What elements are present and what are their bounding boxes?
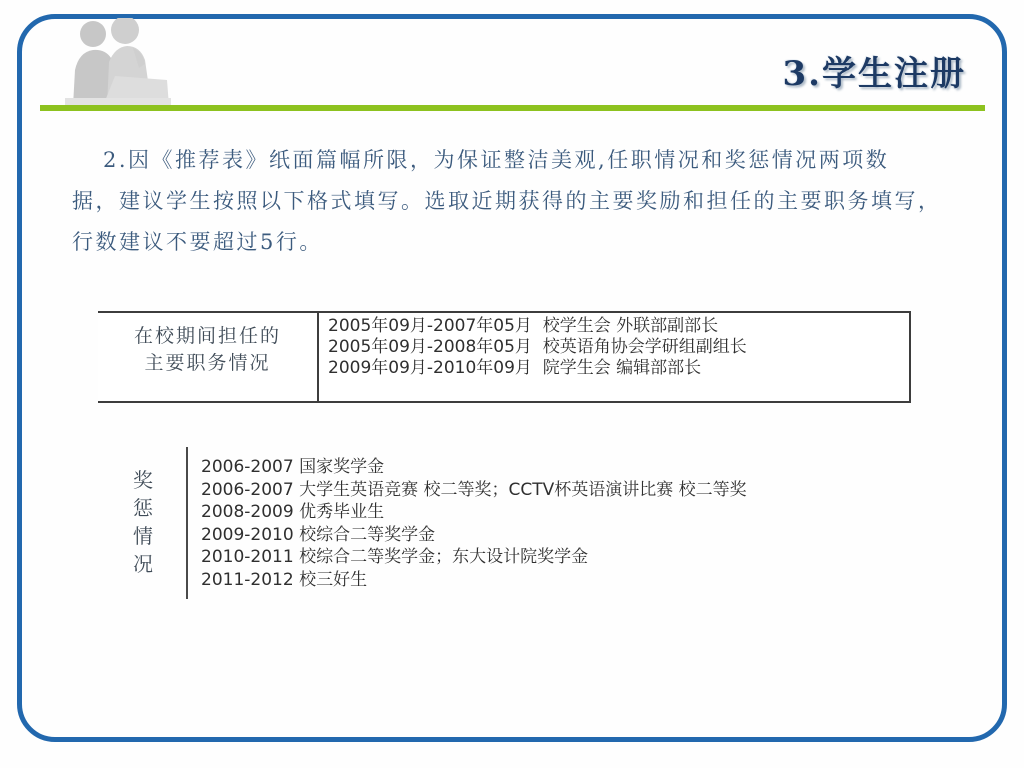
table-row: 2008-2009 优秀毕业生 — [201, 501, 747, 524]
awards-label-char: 奖 — [133, 466, 153, 494]
awards-table-label: 奖 惩 情 况 — [133, 447, 186, 599]
table-row: 2009年09月-2010年09月 院学生会 编辑部部长 — [328, 358, 909, 379]
positions-label-line: 主要职务情况 — [144, 350, 270, 377]
table-row: 2005年09月-2008年05月 校英语角协会学研组副组长 — [328, 337, 909, 358]
instruction-paragraph: 2.因《推荐表》纸面篇幅所限，为保证整洁美观,任职情况和奖惩情况两项数 据，建议… — [72, 140, 932, 263]
awards-label-char: 惩 — [133, 494, 153, 522]
paragraph-line: 据，建议学生按照以下格式填写。选取近期获得的主要奖励和担任的主要职务填写， — [72, 181, 932, 222]
header-divider-rule — [40, 105, 985, 111]
awards-label-char: 况 — [133, 550, 153, 578]
table-row: 2009-2010 校综合二等奖学金 — [201, 524, 747, 547]
positions-label-line: 在校期间担任的 — [134, 323, 281, 350]
awards-label-char: 情 — [133, 522, 153, 550]
positions-table-rows: 2005年09月-2007年05月 校学生会 外联部副部长 2005年09月-2… — [319, 313, 909, 401]
paragraph-line: 2.因《推荐表》纸面篇幅所限，为保证整洁美观,任职情况和奖惩情况两项数 — [72, 140, 932, 181]
awards-example-table: 奖 惩 情 况 2006-2007 国家奖学金 2006-2007 大学生英语竞… — [133, 447, 747, 599]
table-row: 2006-2007 国家奖学金 — [201, 456, 747, 479]
table-row: 2005年09月-2007年05月 校学生会 外联部副部长 — [328, 316, 909, 337]
people-silhouette-icon — [45, 18, 175, 106]
paragraph-line: 行数建议不要超过5行。 — [72, 222, 932, 263]
slide-title: 3.学生注册 — [783, 46, 967, 95]
table-row: 2011-2012 校三好生 — [201, 569, 747, 592]
table-row: 2006-2007 大学生英语竞赛 校二等奖；CCTV杯英语演讲比赛 校二等奖 — [201, 479, 747, 502]
slide: 3.学生注册 2.因《推荐表》纸面篇幅所限，为保证整洁美观,任职情况和奖惩情况两… — [0, 0, 1024, 768]
table-row: 2010-2011 校综合二等奖学金；东大设计院奖学金 — [201, 546, 747, 569]
positions-table-label: 在校期间担任的 主要职务情况 — [98, 313, 319, 401]
awards-table-rows: 2006-2007 国家奖学金 2006-2007 大学生英语竞赛 校二等奖；C… — [186, 447, 747, 599]
positions-example-table: 在校期间担任的 主要职务情况 2005年09月-2007年05月 校学生会 外联… — [98, 311, 911, 403]
